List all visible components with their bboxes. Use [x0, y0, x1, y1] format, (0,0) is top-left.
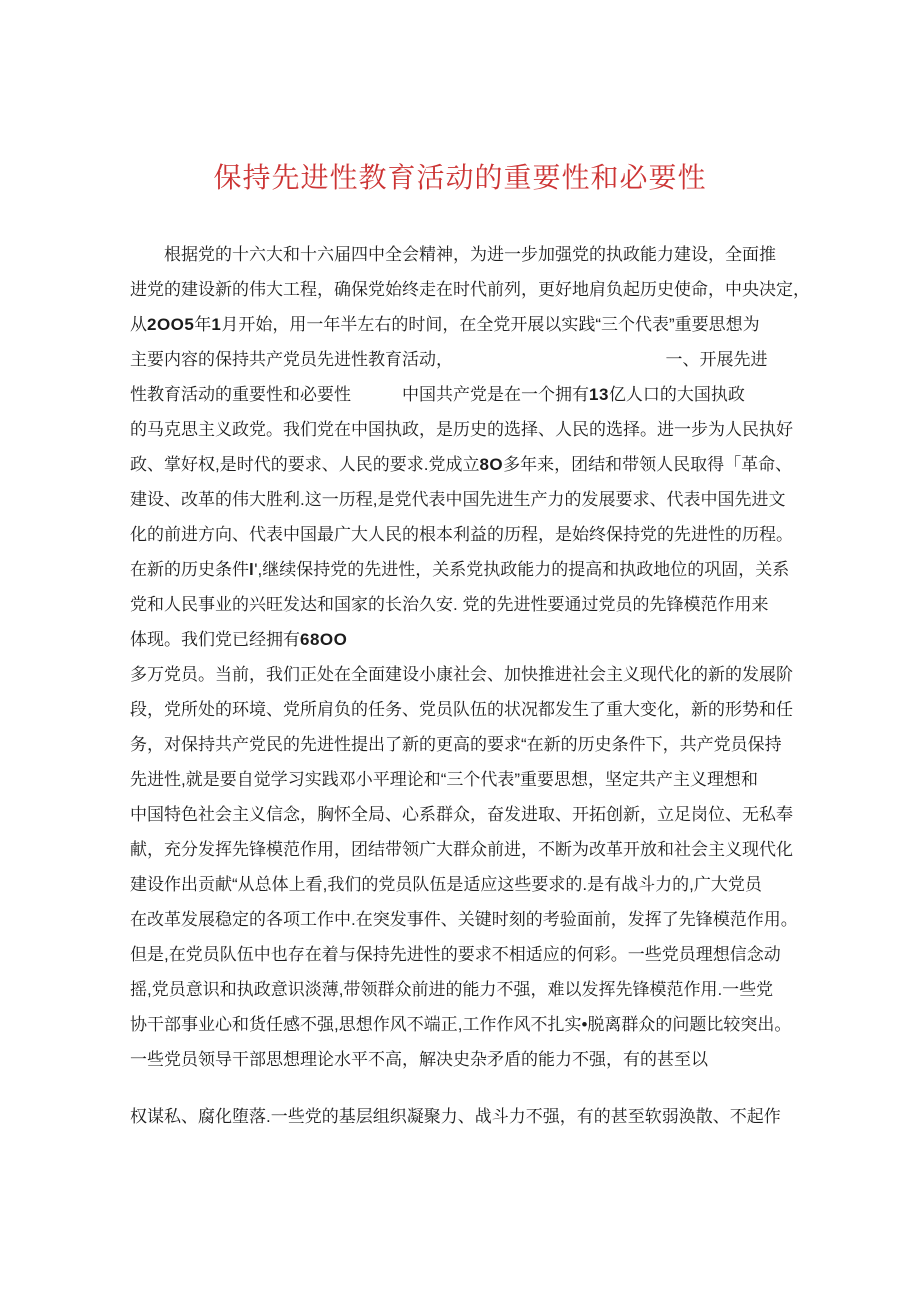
- text-line: 摇,党员意识和执政意识淡薄,带领群众前进的能力不强，难以发挥先锋模范作用.一些党: [130, 972, 800, 1007]
- text-line: 化的前进方向、代表中国最广大人民的根本利益的历程，是始终保持党的先进性的历程。: [130, 517, 800, 552]
- text-line: 进党的建设新的伟大工程，确保党始终走在时代前列，更好地肩负起历史使命，中央决定，: [130, 272, 800, 307]
- text-line: 中国特色社会主义信念，胸怀全局、心系群众，奋发进取、开拓创新，立足岗位、无私奉: [130, 797, 800, 832]
- document-title: 保持先进性教育活动的重要性和必要性: [60, 157, 860, 201]
- text-line: 一些党员领导干部思想理论水平不高，解决史杂矛盾的能力不强，有的甚至以: [130, 1042, 800, 1077]
- text-line: 在新的历史条件l',继续保持党的先进性，关系党执政能力的提高和执政地位的巩固，关…: [130, 552, 800, 587]
- document-page: 保持先进性教育活动的重要性和必要性 根据党的十六大和十六届四中全会精神，为进一步…: [0, 0, 920, 1301]
- text-line: 的马克思主义政党。我们党在中国执政，是历史的选择、人民的选择。进一步为人民执好: [130, 412, 800, 447]
- text-line: 从2OO5年1月开始，用一年半左右的时间，在全党开展以实践“三个代表”重要思想为: [130, 307, 800, 342]
- text-line: 务，对保持共产党民的先进性提出了新的更高的要求“在新的历史条件下，共产党员保持: [130, 727, 800, 762]
- text-line: 在改革发展稳定的各项工作中.在突发事件、关键时刻的考验面前，发挥了先锋模范作用。: [130, 902, 800, 937]
- text-line: 权谋私、腐化堕落.一些党的基层组织凝聚力、战斗力不强，有的甚至软弱涣散、不起作: [130, 1099, 800, 1134]
- document-body: 根据党的十六大和十六届四中全会精神，为进一步加强党的执政能力建设，全面推进党的建…: [130, 237, 800, 1134]
- text-line: 党和人民事业的兴旺发达和国家的长治久安. 党的先进性要通过党员的先锋模范作用来: [130, 587, 800, 622]
- paragraph: 权谋私、腐化堕落.一些党的基层组织凝聚力、战斗力不强，有的甚至软弱涣散、不起作: [130, 1099, 800, 1134]
- text-line: 主要内容的保持共产党员先进性教育活动， 一、开展先进: [130, 342, 800, 377]
- paragraph: 根据党的十六大和十六届四中全会精神，为进一步加强党的执政能力建设，全面推进党的建…: [130, 237, 800, 1077]
- text-line: 协干部事业心和货任感不强,思想作风不端正,工作作风不扎实•脱离群众的问题比较突出…: [130, 1007, 800, 1042]
- text-line: 但是,在党员队伍中也存在着与保持先进性的要求不相适应的何彩。一些党员理想信念动: [130, 937, 800, 972]
- text-line: 献，充分发挥先锋模范作用，团结带领广大群众前进，不断为改革开放和社会主义现代化: [130, 832, 800, 867]
- text-line: 先进性,就是要自觉学习实践邓小平理论和“三个代表”重要思想，坚定共产主义理想和: [130, 762, 800, 797]
- text-line: 性教育活动的重要性和必要性 中国共产党是在一个拥有13亿人口的大国执政: [130, 377, 800, 412]
- text-line: 体现。我们党已经拥有68OO: [130, 622, 800, 657]
- text-line: 政、掌好权,是时代的要求、人民的要求.党成立8O多年来，团结和带领人民取得「革命…: [130, 447, 800, 482]
- text-line: 建设作出贡献“从总体上看,我们的党员队伍是适应这些要求的.是有战斗力的,广大党员: [130, 867, 800, 902]
- text-line: 根据党的十六大和十六届四中全会精神，为进一步加强党的执政能力建设，全面推: [130, 237, 800, 272]
- text-line: 多万党员。当前，我们正处在全面建设小康社会、加快推进社会主义现代化的新的发展阶: [130, 657, 800, 692]
- text-line: 段，党所处的环境、党所肩负的任务、党员队伍的状况都发生了重大变化，新的形势和任: [130, 692, 800, 727]
- text-line: 建设、改革的伟大胜利.这一历程,是党代表中国先进生产力的发展要求、代表中国先进文: [130, 482, 800, 517]
